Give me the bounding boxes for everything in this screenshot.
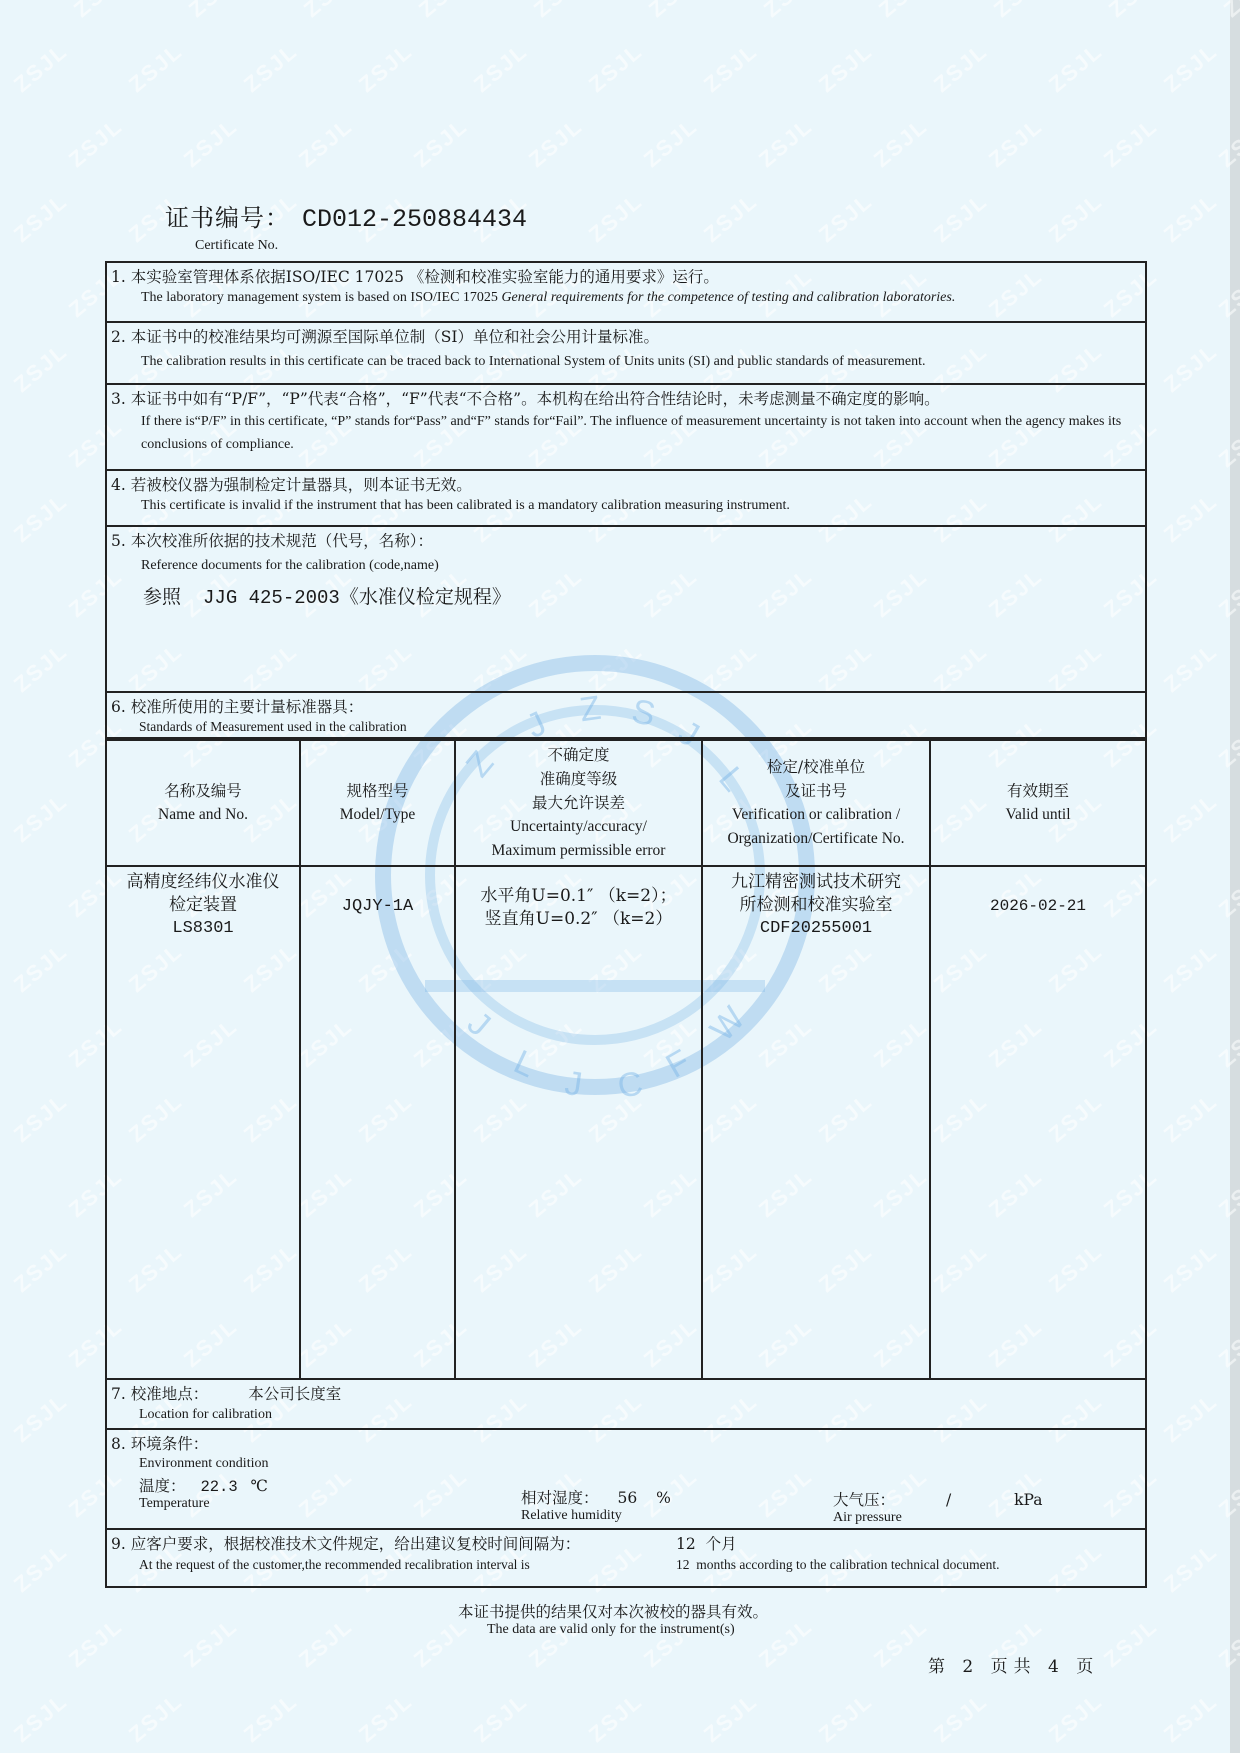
watermark-text: ZSJL [874,0,938,23]
section-8: 8. 环境条件： Environment condition 温度： 22.3 … [107,1430,1145,1530]
environment-label-en: Environment condition [111,1455,1139,1472]
location-label-en: Location for calibration [111,1405,1139,1425]
section-6: 6. 校准所使用的主要计量标准器具： Standards of Measurem… [107,693,1145,1380]
section-3-text-en: If there is“P/F” in this certificate, “P… [111,410,1139,456]
humidity-label-en: Relative humidity [521,1508,833,1524]
watermark-text: ZSJL [759,0,823,23]
humidity-unit: % [656,1489,671,1507]
watermark-text: ZSJL [984,113,1048,173]
watermark-text: ZSJL [469,1688,533,1748]
header-zh: 规格型号 [305,779,450,803]
header-en: Verification or calibration / [707,803,925,827]
watermark-text: ZSJL [9,1238,73,1298]
watermark-text: ZSJL [1159,38,1223,98]
header-zh: 不确定度 [460,743,697,767]
watermark-text: ZSJL [9,1688,73,1748]
watermark-text: ZSJL [354,1688,418,1748]
watermark-text: ZSJL [184,0,248,23]
table-row: 高精度经纬仪水准仪 检定装置 LS8301 JQJY-1A 水平角U=0.1″ … [107,866,1145,1378]
cell-name: 高精度经纬仪水准仪 检定装置 LS8301 [107,866,300,1378]
air-pressure: 大气压： / kPa Air pressure [833,1474,1043,1526]
section-number: 9. [111,1535,126,1553]
section-7: 7. 校准地点：本公司长度室 Location for calibration [107,1380,1145,1430]
watermark-text: ZSJL [9,788,73,848]
column-header-organization: 检定/校准单位 及证书号 Verification or calibration… [702,740,930,866]
humidity-label: 相对湿度： [521,1489,599,1507]
watermark-text: ZSJL [409,113,473,173]
watermark-text: ZSJL [9,1088,73,1148]
header-en: Organization/Certificate No. [707,827,925,851]
section-number: 2. [111,328,126,346]
watermark-text: ZSJL [9,1538,73,1598]
validity-note-en: The data are valid only for the instrume… [487,1622,735,1638]
section-1-text-en: The laboratory management system is base… [141,290,501,305]
cell-valid-until: 2026-02-21 [930,866,1145,1378]
watermark-text: ZSJL [929,38,993,98]
temperature-label: 温度： [139,1477,186,1495]
watermark-text: ZSJL [529,0,593,23]
watermark-text: ZSJL [1044,38,1108,98]
watermark-text: ZSJL [0,0,18,23]
watermark-text: ZSJL [699,1688,763,1748]
section-5-text-en: Reference documents for the calibration … [111,556,1139,576]
watermark-text: ZSJL [814,38,878,98]
column-header-name: 名称及编号 Name and No. [107,740,300,866]
watermark-text: ZSJL [1159,1088,1223,1148]
certificate-number-value: CD012-250884434 [302,205,527,234]
name-line: 检定装置 [111,894,295,917]
watermark-text: ZSJL [1159,1538,1223,1598]
section-2-text-zh: 本证书中的校准结果均可溯源至国际单位制（SI）单位和社会公用计量标准。 [131,328,659,346]
model-value: JQJY-1A [305,895,450,918]
section-9: 9. 应客户要求，根据校准技术文件规定，给出建议复校时间间隔为： 12 个月 A… [107,1530,1145,1586]
pressure-label-en: Air pressure [833,1510,1043,1526]
watermark-text: ZSJL [9,488,73,548]
reference-prefix: 参照 [143,586,181,608]
validity-note: 本证书提供的结果仅对本次被校的器具有效。 [458,1600,768,1622]
watermark-text: ZSJL [1159,338,1223,398]
watermark-text: ZSJL [754,1613,818,1673]
environment-label: 环境条件： [131,1435,209,1453]
header-zh: 名称及编号 [111,779,295,803]
watermark-text: ZSJL [239,1688,303,1748]
watermark-text: ZSJL [1159,638,1223,698]
watermark-text: ZSJL [1099,113,1163,173]
watermark-text: ZSJL [9,188,73,248]
watermark-text: ZSJL [9,1388,73,1448]
reference-document: 参照JJG 425-2003《水准仪检定规程》 [111,582,1139,609]
watermark-text: ZSJL [1099,1613,1163,1673]
watermark-text: ZSJL [584,1688,648,1748]
header-zh: 准确度等级 [460,767,697,791]
watermark-text: ZSJL [1159,1388,1223,1448]
pressure-unit: kPa [1014,1491,1042,1509]
organization-line: 九江精密测试技术研究 [707,871,925,894]
section-5-text-zh: 本次校准所依据的技术规范（代号，名称）： [131,532,433,550]
section-5: 5. 本次校准所依据的技术规范（代号，名称）： Reference docume… [107,527,1145,693]
temperature-unit: ℃ [251,1477,268,1495]
section-2: 2. 本证书中的校准结果均可溯源至国际单位制（SI）单位和社会公用计量标准。 T… [107,323,1145,385]
watermark-text: ZSJL [124,38,188,98]
watermark-text: ZSJL [754,113,818,173]
header-zh: 及证书号 [707,779,925,803]
section-6-text-en: Standards of Measurement used in the cal… [111,718,1139,736]
section-4: 4. 若被校仪器为强制检定计量器具，则本证书无效。 This certifica… [107,471,1145,527]
watermark-text: ZSJL [179,1613,243,1673]
column-header-model: 规格型号 Model/Type [300,740,455,866]
name-number: LS8301 [111,917,295,940]
pressure-value: / [946,1491,951,1509]
section-number: 7. [111,1385,126,1403]
watermark-text: ZSJL [179,113,243,173]
header-zh: 有效期至 [935,779,1141,803]
watermark-text: ZSJL [1159,938,1223,998]
section-number: 6. [111,698,126,716]
watermark-text: ZSJL [9,338,73,398]
header-zh: 最大允许误差 [460,791,697,815]
watermark-text: ZSJL [814,1688,878,1748]
temperature-value: 22.3 [200,1478,237,1496]
recalibration-text-zh: 应客户要求，根据校准技术文件规定，给出建议复校时间间隔为： [131,1535,581,1553]
watermark-text: ZSJL [584,188,648,248]
section-number: 1. [111,268,126,286]
humidity: 相对湿度： 56 % Relative humidity [521,1474,833,1526]
watermark-text: ZSJL [699,38,763,98]
watermark-text: ZSJL [354,38,418,98]
humidity-value: 56 [617,1489,637,1507]
section-number: 5. [111,532,126,550]
name-line: 高精度经纬仪水准仪 [111,871,295,894]
page-edge [1230,0,1240,1753]
reference-code: JJG 425-2003《水准仪检定规程》 [203,587,511,609]
watermark-text: ZSJL [294,1613,358,1673]
recalibration-suffix-en: months according to the calibration tech… [696,1555,999,1575]
section-number: 8. [111,1435,126,1453]
organization-line: 所检测和校准实验室 [707,894,925,917]
recalibration-text-en: At the request of the customer,the recom… [139,1555,676,1575]
temperature-label-en: Temperature [139,1496,521,1512]
section-1: 1. 本实验室管理体系依据ISO/IEC 17025 《检测和校准实验室能力的通… [107,263,1145,323]
pressure-label: 大气压： [833,1491,895,1509]
watermark-text: ZSJL [294,113,358,173]
watermark-text: ZSJL [1044,188,1108,248]
section-2-text-en: The calibration results in this certific… [111,352,1139,372]
watermark-text: ZSJL [299,0,363,23]
watermark-text: ZSJL [469,38,533,98]
watermark-text: ZSJL [929,1688,993,1748]
watermark-text: ZSJL [814,188,878,248]
watermark-text: ZSJL [1104,0,1168,23]
cell-uncertainty: 水平角U=0.1″ （k=2）； 竖直角U=0.2″ （k=2） [455,866,702,1378]
section-4-text-zh: 若被校仪器为强制检定计量器具，则本证书无效。 [131,476,472,494]
watermark-text: ZSJL [9,38,73,98]
section-1-text-en-italic: General requirements for the competence … [501,290,955,305]
column-header-uncertainty: 不确定度 准确度等级 最大允许误差 Uncertainty/accuracy/ … [455,740,702,866]
watermark-text: ZSJL [124,1688,188,1748]
watermark-text: ZSJL [1159,1688,1223,1748]
watermark-text: ZSJL [64,1613,128,1673]
section-4-text-en: This certificate is invalid if the instr… [111,496,1139,516]
section-3: 3. 本证书中如有“P/F”，“P”代表“合格”，“F”代表“不合格”。本机构在… [107,385,1145,471]
watermark-text: ZSJL [239,38,303,98]
watermark-text: ZSJL [869,1613,933,1673]
section-3-text-zh: 本证书中如有“P/F”，“P”代表“合格”，“F”代表“不合格”。本机构在给出符… [131,390,940,408]
section-number: 3. [111,390,126,408]
watermark-text: ZSJL [929,188,993,248]
certificate-number: CDF20255001 [707,917,925,940]
watermark-text: ZSJL [869,113,933,173]
watermark-text: ZSJL [524,113,588,173]
header-en: Name and No. [111,803,295,827]
watermark-text: ZSJL [64,113,128,173]
certificate-number-block: 证书编号：CD012-250884434 Certificate No. [165,198,527,256]
uncertainty-line: 水平角U=0.1″ （k=2）； [460,885,697,908]
watermark-text: ZSJL [989,0,1053,23]
watermark-text: ZSJL [699,188,763,248]
watermark-text: ZSJL [1044,1688,1108,1748]
certificate-number-label: 证书编号： [165,204,290,232]
cell-model: JQJY-1A [300,866,455,1378]
section-1-text-zh: 本实验室管理体系依据ISO/IEC 17025 《检测和校准实验室能力的通用要求… [131,268,719,286]
location-label: 校准地点： [131,1385,209,1403]
header-en: Model/Type [305,803,450,827]
watermark-text: ZSJL [9,638,73,698]
watermark-text: ZSJL [69,0,133,23]
watermark-text: ZSJL [1159,488,1223,548]
header-en: Maximum permissible error [460,839,697,863]
watermark-text: ZSJL [414,0,478,23]
standards-table: 名称及编号 Name and No. 规格型号 Model/Type 不确定度 … [107,739,1145,1378]
certificate-form: 1. 本实验室管理体系依据ISO/IEC 17025 《检测和校准实验室能力的通… [105,261,1147,1588]
uncertainty-line: 竖直角U=0.2″ （k=2） [460,908,697,931]
valid-until-value: 2026-02-21 [935,895,1141,918]
table-header-row: 名称及编号 Name and No. 规格型号 Model/Type 不确定度 … [107,740,1145,866]
section-number: 4. [111,476,126,494]
section-6-text-zh: 校准所使用的主要计量标准器具： [131,698,364,716]
watermark-text: ZSJL [409,1613,473,1673]
watermark-text: ZSJL [9,938,73,998]
location-value: 本公司长度室 [248,1385,341,1403]
header-en: Uncertainty/accuracy/ [460,815,697,839]
watermark-text: ZSJL [1159,188,1223,248]
header-en: Valid until [935,803,1141,827]
environment-values: 温度： 22.3 ℃ Temperature 相对湿度： 56 % Relati… [111,1474,1139,1526]
watermark-text: ZSJL [1159,1238,1223,1298]
cell-organization: 九江精密测试技术研究 所检测和校准实验室 CDF20255001 [702,866,930,1378]
page-number: 第 2 页共 4 页 [928,1652,1099,1677]
temperature: 温度： 22.3 ℃ Temperature [111,1474,521,1526]
watermark-text: ZSJL [644,0,708,23]
column-header-valid-until: 有效期至 Valid until [930,740,1145,866]
header-zh: 检定/校准单位 [707,755,925,779]
certificate-number-label-en: Certificate No. [165,236,527,256]
recalibration-value-en: 12 [676,1555,690,1575]
recalibration-value: 12 [676,1533,696,1555]
watermark-text: ZSJL [639,113,703,173]
recalibration-unit: 个月 [706,1533,737,1555]
watermark-text: ZSJL [584,38,648,98]
watermark-text: ZSJL [1159,788,1223,848]
